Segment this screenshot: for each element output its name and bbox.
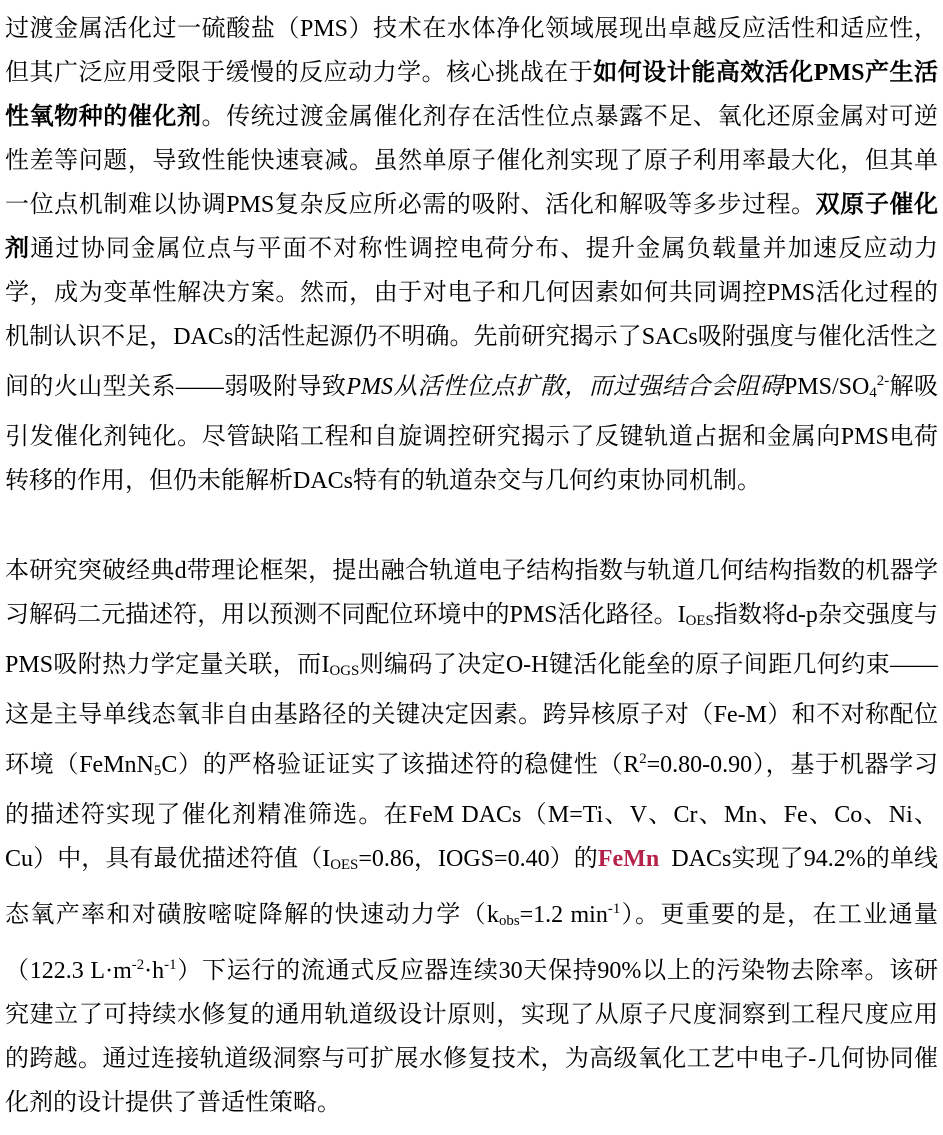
subscript-run-kobs: obs xyxy=(499,913,520,929)
text-run: PMS/SO xyxy=(784,374,869,400)
superscript-run: -1 xyxy=(608,901,620,917)
paragraph-2: 本研究突破经典d带理论框架，提出融合轨道电子结构指数与轨道几何结构指数的机器学习… xyxy=(5,549,938,1125)
subscript-run: 4 xyxy=(869,385,876,401)
subscript-run-oes: OES xyxy=(330,857,358,873)
subscript-run-ogs: OGS xyxy=(329,663,359,679)
highlight-femn: FeMn xyxy=(598,846,659,872)
superscript-run: -2 xyxy=(132,957,144,973)
superscript-run: 2- xyxy=(877,373,889,389)
abstract-document: 过渡金属活化过一硫酸盐（PMS）技术在水体净化领域展现出卓越反应活性和适应性，但… xyxy=(0,0,943,1135)
superscript-run: 2 xyxy=(639,751,646,767)
text-run: =1.2 min xyxy=(520,902,608,928)
text-run: ·h xyxy=(144,958,164,984)
paragraph-1: 过渡金属活化过一硫酸盐（PMS）技术在水体净化领域展现出卓越反应活性和适应性，但… xyxy=(5,7,938,503)
subscript-run-oes: OES xyxy=(686,613,714,629)
superscript-run: -1 xyxy=(164,957,176,973)
text-run: =0.86，IOGS=0.40）的 xyxy=(358,846,598,872)
italic-run-pms-diffusion: PMS从活性位点扩散，而过强结合会阻碍 xyxy=(346,374,784,400)
text-run: C）的严格验证证实了该描述符的稳健性（R xyxy=(161,752,639,778)
